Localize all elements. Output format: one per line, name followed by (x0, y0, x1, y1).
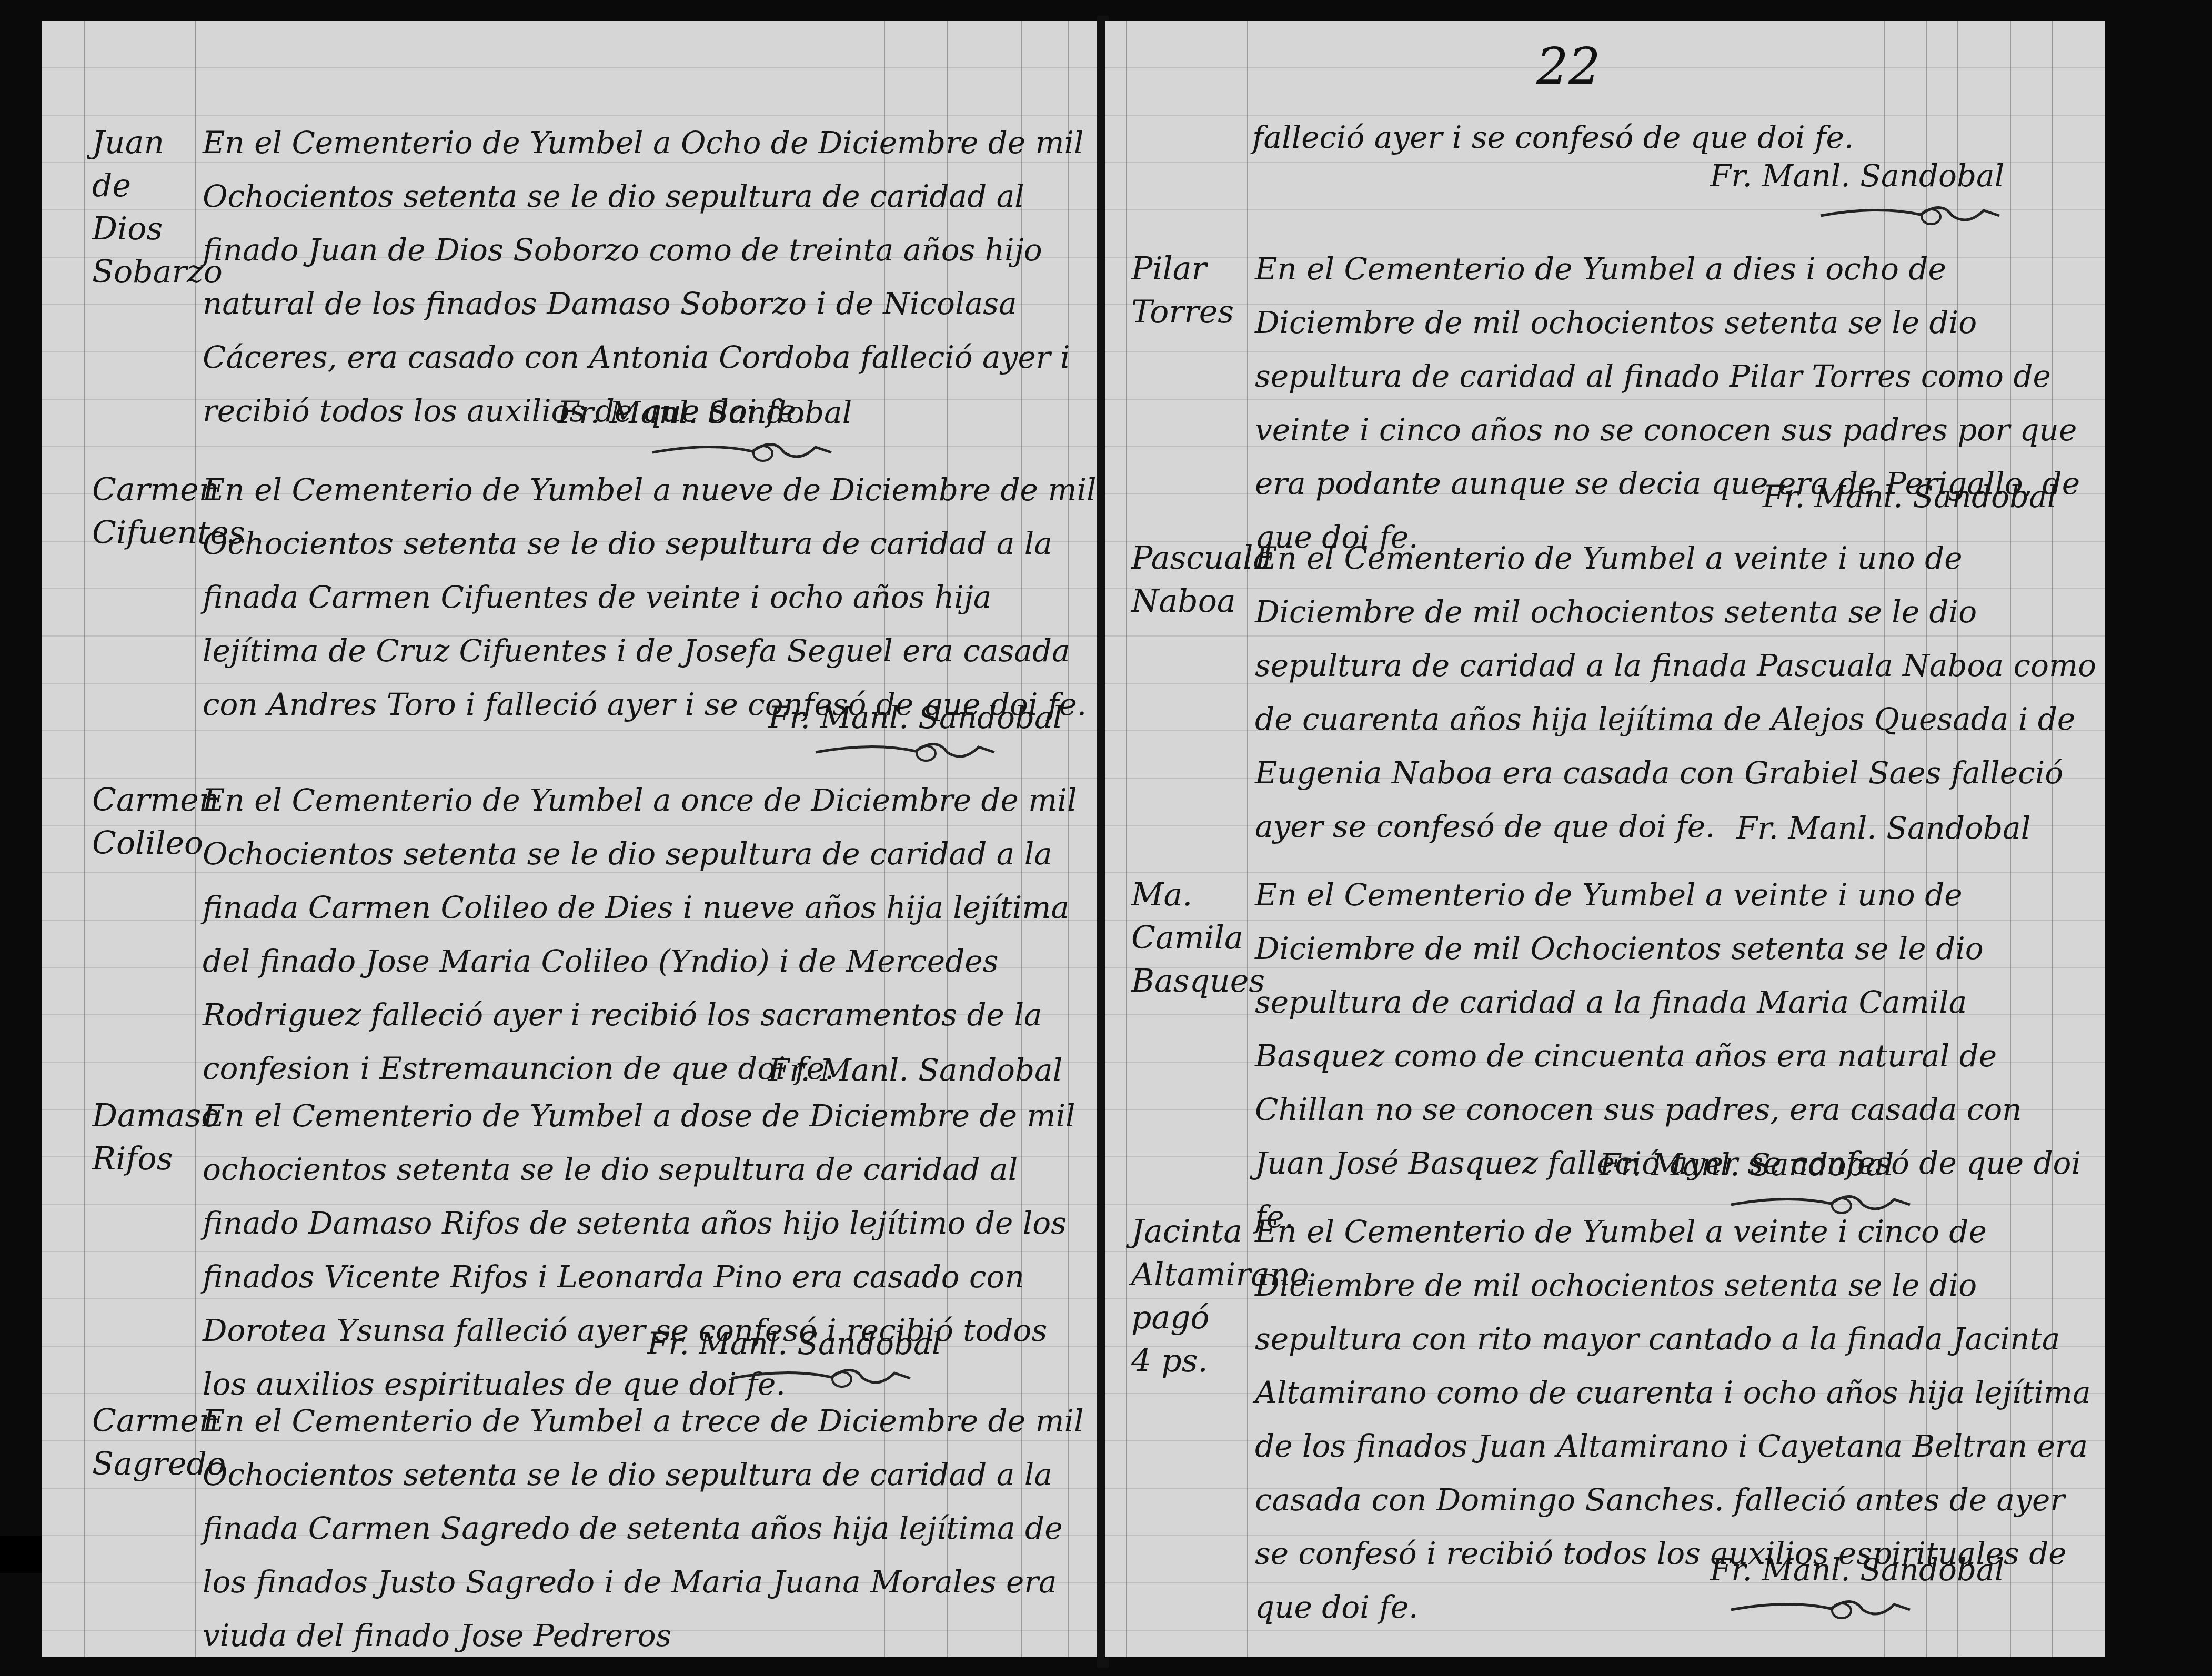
entry-text: En el Cementerio de Yumbel a nueve de Di… (203, 463, 1097, 731)
flourish-icon (1726, 1589, 1915, 1625)
continuation-text: falleció ayer i se confesó de que doi fe… (1252, 110, 2042, 164)
signature: Fr. Manl. Sandobal (768, 1052, 1062, 1088)
entry-text: En el Cementerio de Yumbel a veinte i un… (1255, 531, 2097, 853)
signature: Fr. Manl. Sandobal (1736, 810, 2030, 846)
margin-name: Pascuala Naboa (1131, 537, 1244, 623)
signature: Fr. Manl. Sandobal (1710, 158, 2004, 194)
margin-name: Carmen Cifuentes (92, 468, 192, 554)
entry-text: En el Cementerio de Yumbel a Ocho de Dic… (203, 116, 1097, 438)
signature: Fr. Manl. Sandobal (647, 1326, 941, 1361)
entry-text: En el Cementerio de Yumbel a dose de Dic… (203, 1089, 1097, 1411)
signature: Fr. Manl. Sandobal (558, 395, 852, 430)
margin-name: Carmen Sagredo (92, 1399, 192, 1486)
folio-number: 22 (1536, 37, 1601, 96)
entry-text: En el Cementerio de Yumbel a veinte i un… (1255, 868, 2097, 1244)
margin-name: Damaso Rifos (92, 1094, 192, 1180)
margin-name: Juan de Dios Sobarzo (92, 121, 192, 294)
margin-name: Jacinta Altamirano pagó 4 ps. (1131, 1210, 1244, 1382)
entry-text: En el Cementerio de Yumbel a once de Dic… (203, 773, 1097, 1095)
right-page: 22 falleció ayer i se confesó de que doi… (1105, 21, 2105, 1657)
left-page: Juan de Dios Sobarzo En el Cementerio de… (42, 21, 1100, 1657)
signature: Fr. Manl. Sandobal (1763, 479, 2057, 514)
entry-text: En el Cementerio de Yumbel a dies i ocho… (1255, 242, 2097, 564)
flourish-icon (1815, 195, 2005, 231)
binding-tab (0, 1536, 47, 1573)
signature: Fr. Manl. Sandobal (1710, 1552, 2004, 1588)
flourish-icon (726, 1357, 916, 1394)
margin-name: Carmen Colileo (92, 779, 192, 865)
signature: Fr. Manl. Sandobal (768, 700, 1062, 735)
entry-text: En el Cementerio de Yumbel a trece de Di… (203, 1394, 1097, 1662)
margin-name: Ma. Camila Basques (1131, 873, 1244, 1003)
flourish-icon (810, 731, 1000, 768)
signature: Fr. Manl. Sandobal (1600, 1147, 1894, 1183)
margin-name: Pilar Torres (1131, 247, 1244, 334)
